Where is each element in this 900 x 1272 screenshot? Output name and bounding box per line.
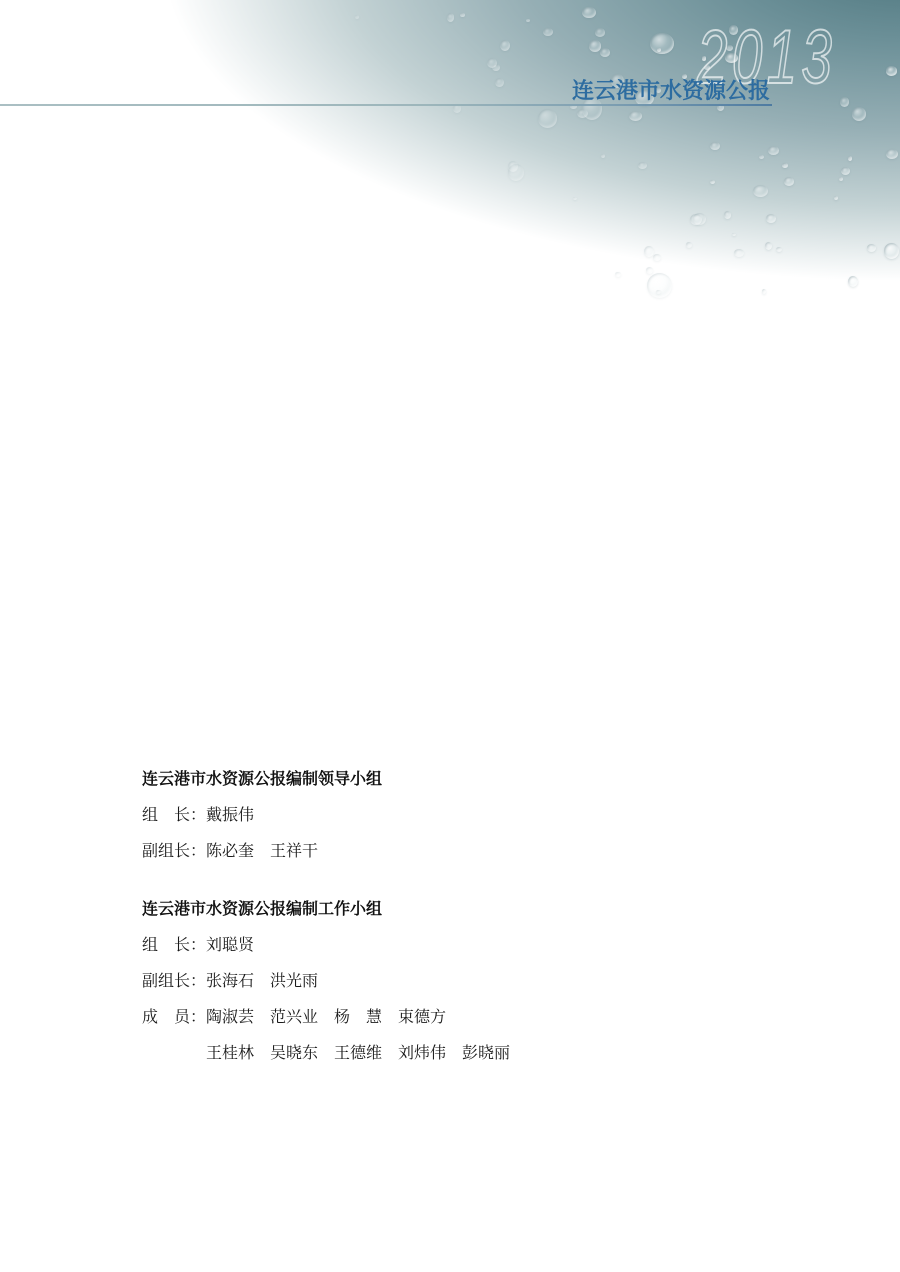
water-droplet <box>710 142 720 151</box>
water-droplet <box>886 66 898 76</box>
role-label: 副组长： <box>142 973 206 990</box>
credit-row-continuation: 王桂林 吴晓东 王德维 刘炜伟 彭晓丽 <box>142 1045 510 1062</box>
water-droplet <box>852 107 867 121</box>
water-droplet <box>724 211 731 219</box>
credit-row: 副组长：张海石 洪光雨 <box>142 973 510 990</box>
person-names: 王桂林 吴晓东 王德维 刘炜伟 彭晓丽 <box>206 1045 510 1062</box>
water-droplet <box>840 97 849 107</box>
water-droplet <box>573 197 577 201</box>
water-droplet <box>834 196 838 200</box>
water-droplet <box>784 177 794 186</box>
water-droplet <box>653 254 661 262</box>
water-droplet <box>647 273 672 298</box>
bulletin-page: 2013 连云港市水资源公报 连云港市水资源公报编制领导小组 组 长：戴振伟 副… <box>0 0 900 1272</box>
working-group-title: 连云港市水资源公报编制工作小组 <box>142 901 510 918</box>
water-droplet <box>759 155 764 159</box>
credit-row: 副组长：陈必奎 王祥干 <box>142 843 510 860</box>
water-droplet <box>589 40 601 51</box>
water-droplet <box>766 214 776 223</box>
water-droplet <box>886 149 898 160</box>
water-droplet <box>734 249 745 258</box>
person-names: 戴振伟 <box>206 807 254 824</box>
water-droplet <box>601 154 605 158</box>
water-droplet <box>848 156 853 161</box>
water-droplet <box>848 276 858 287</box>
water-droplet <box>765 242 772 250</box>
leading-group-title: 连云港市水资源公报编制领导小组 <box>142 771 510 788</box>
water-droplet <box>762 289 767 294</box>
role-label: 副组长： <box>142 843 206 860</box>
water-droplet <box>543 28 553 36</box>
water-droplet <box>495 78 504 87</box>
water-droplet <box>884 243 900 259</box>
working-group: 连云港市水资源公报编制工作小组 组 长：刘聪贤 副组长：张海石 洪光雨 成 员：… <box>142 901 510 1062</box>
role-label: 组 长： <box>142 937 206 954</box>
water-droplet <box>776 247 782 252</box>
water-droplet <box>582 7 595 18</box>
water-droplet <box>638 162 647 169</box>
water-droplet <box>538 109 557 127</box>
person-names: 陈必奎 王祥干 <box>206 843 318 860</box>
water-droplet <box>867 244 876 252</box>
water-droplet <box>615 272 621 277</box>
water-droplet <box>782 163 788 169</box>
water-droplet <box>710 180 716 185</box>
document-title: 连云港市水资源公报 <box>572 80 770 102</box>
credit-row: 成 员：陶淑芸 范兴业 杨 慧 束德方 <box>142 1009 510 1026</box>
credits-section: 连云港市水资源公报编制领导小组 组 长：戴振伟 副组长：陈必奎 王祥干 连云港市… <box>142 771 510 1081</box>
water-droplet <box>508 161 519 172</box>
water-droplet <box>768 146 779 155</box>
water-droplet <box>732 233 736 237</box>
water-droplet <box>500 40 510 51</box>
water-droplet <box>629 111 642 121</box>
water-droplet <box>600 48 610 57</box>
role-label: 组 长： <box>142 807 206 824</box>
person-names: 陶淑芸 范兴业 杨 慧 束德方 <box>206 1009 446 1026</box>
water-droplet <box>839 177 843 181</box>
water-droplet <box>460 13 464 17</box>
water-droplet <box>841 167 851 175</box>
water-droplet <box>526 19 530 23</box>
water-droplet <box>447 13 455 22</box>
water-droplet <box>355 15 360 20</box>
water-droplet <box>646 267 654 273</box>
water-droplet <box>690 214 702 225</box>
person-names: 张海石 洪光雨 <box>206 973 318 990</box>
water-droplet <box>650 33 674 54</box>
water-droplet <box>595 28 606 37</box>
credit-row: 组 长：刘聪贤 <box>142 937 510 954</box>
water-droplet <box>657 48 661 52</box>
water-droplet <box>686 242 692 247</box>
person-names: 刘聪贤 <box>206 937 254 954</box>
leading-group: 连云港市水资源公报编制领导小组 组 长：戴振伟 副组长：陈必奎 王祥干 <box>142 771 510 860</box>
credit-row: 组 长：戴振伟 <box>142 807 510 824</box>
water-droplet <box>753 185 769 198</box>
role-label: 成 员： <box>142 1009 206 1026</box>
header-rule <box>0 104 772 106</box>
